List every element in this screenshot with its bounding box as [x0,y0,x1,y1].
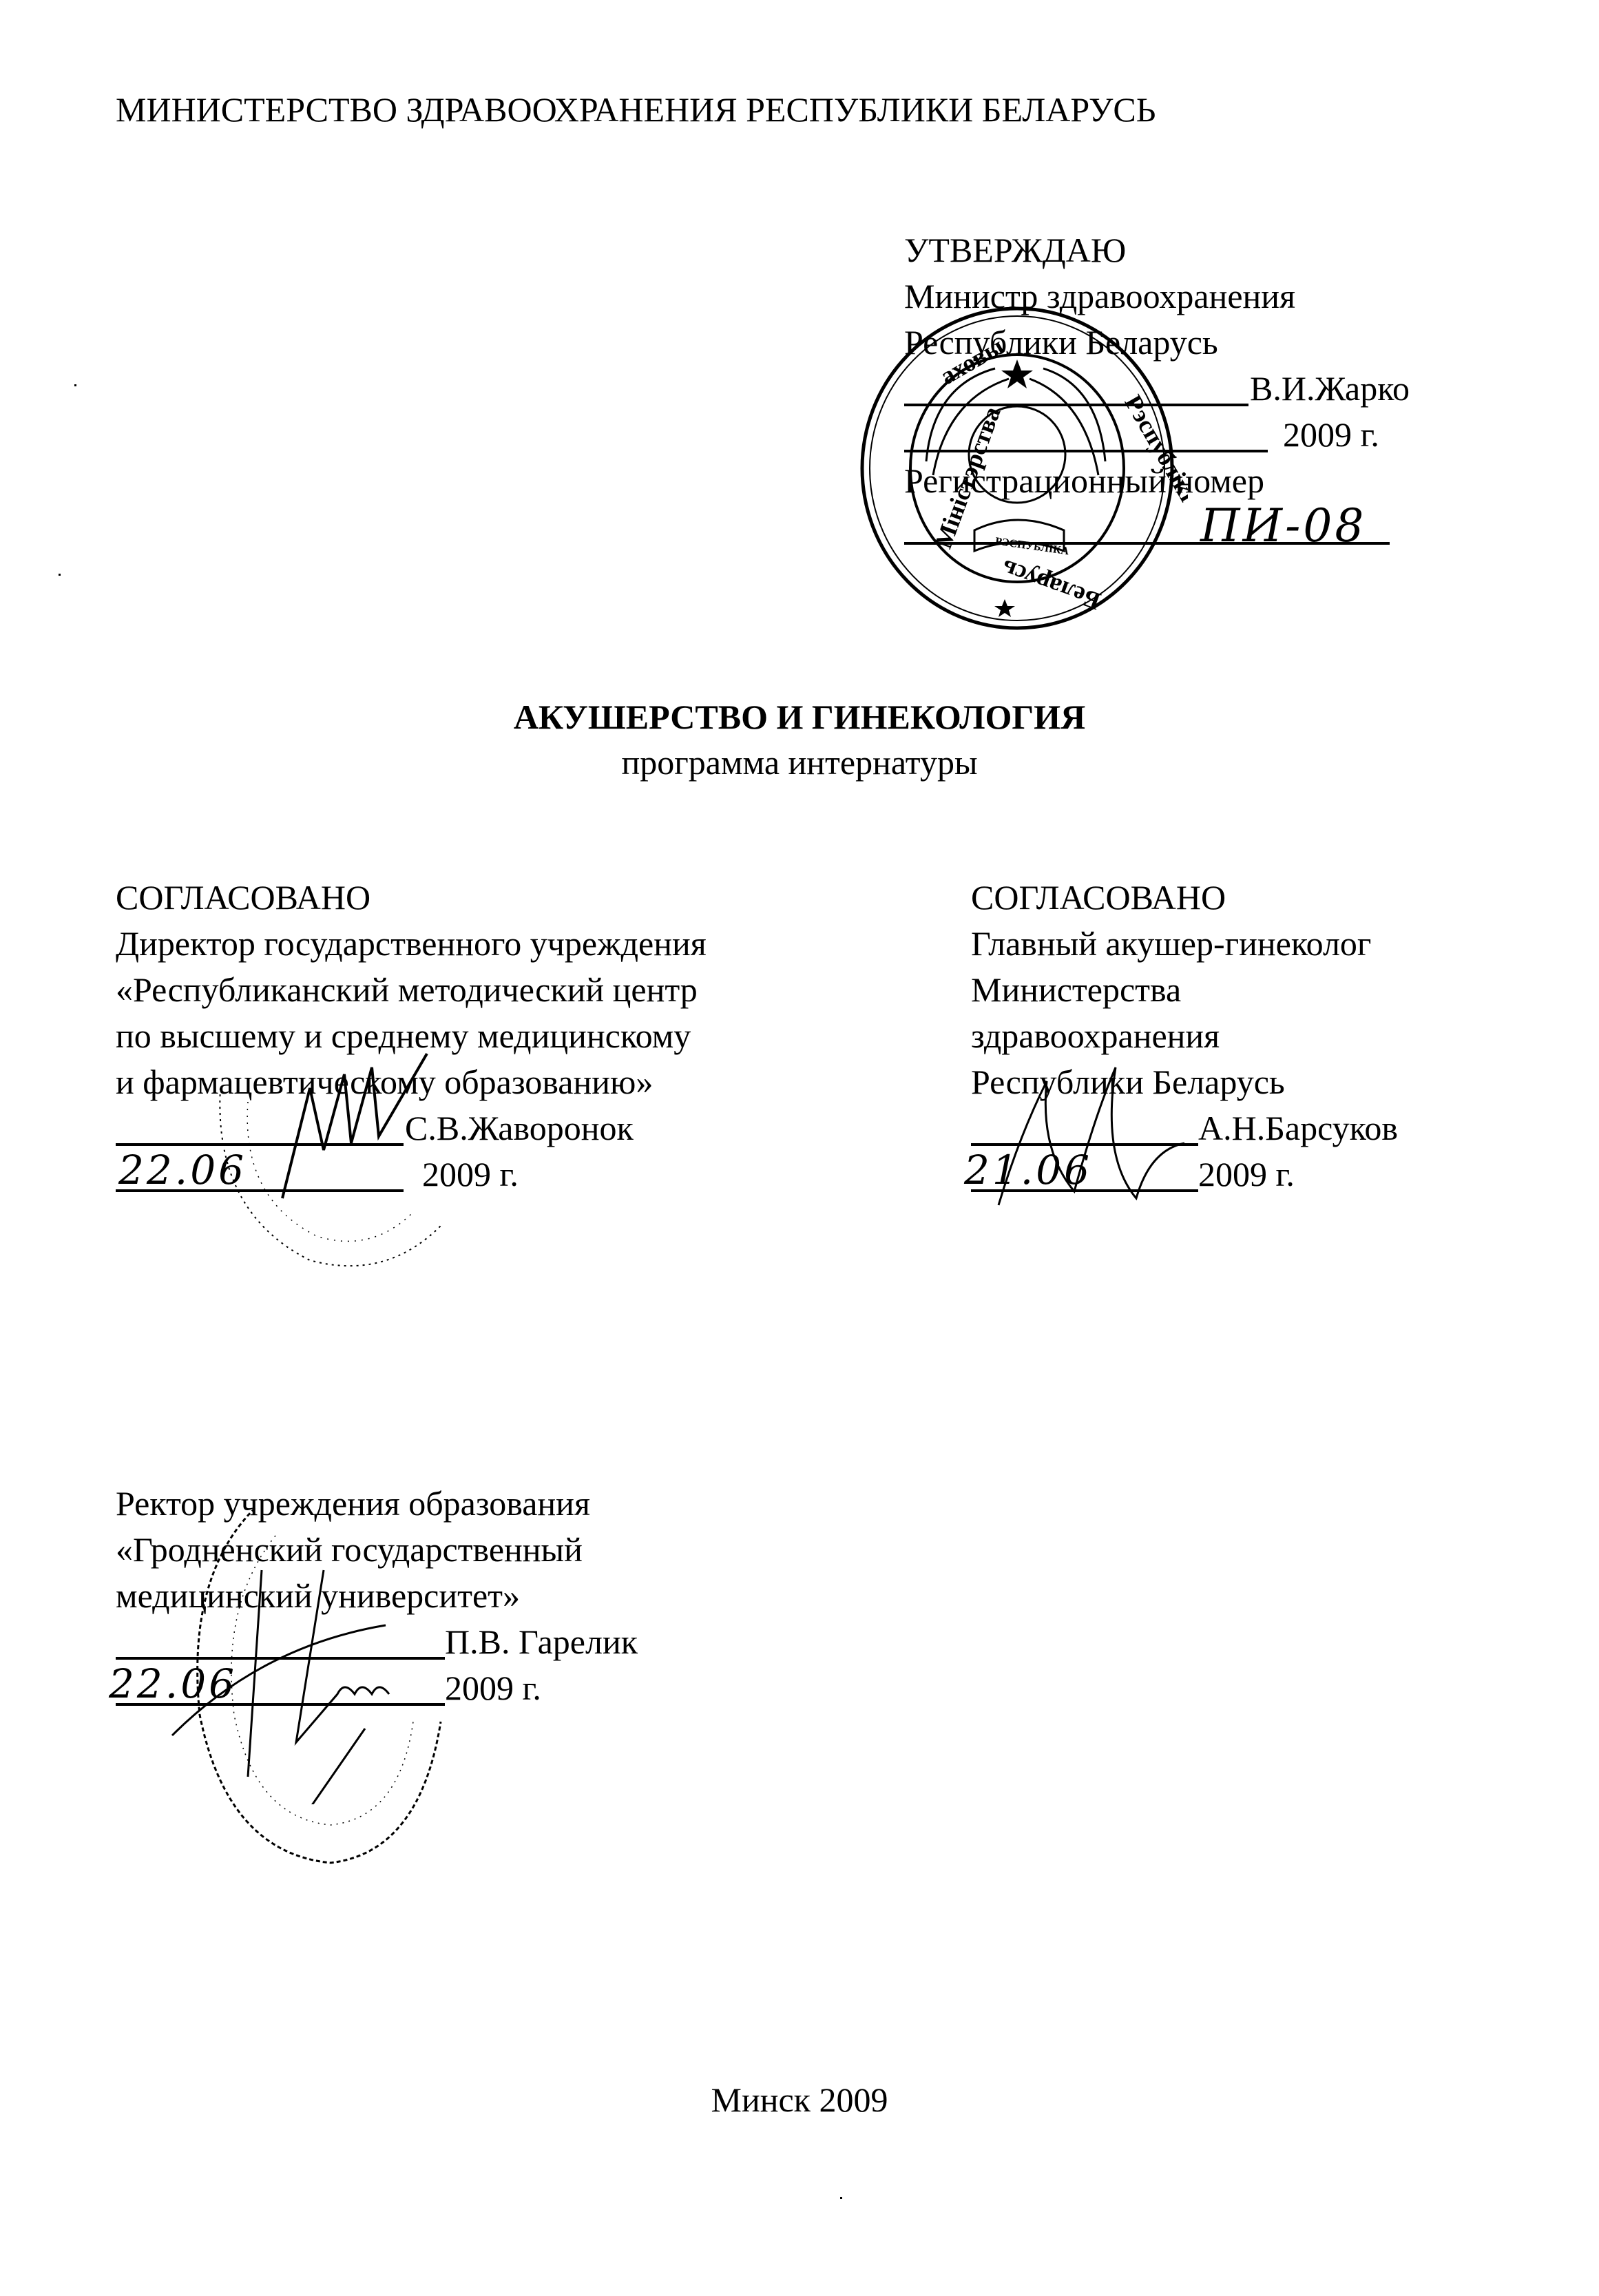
scan-speck [74,384,76,386]
registration-number-line: ПИ-08 [904,504,1295,550]
signature-rule [116,1143,404,1146]
agreed-right-block: СОГЛАСОВАНО Главный акушер-гинеколог Мин… [971,875,1371,1198]
rector-date-line: 22.06 2009 г. [116,1665,590,1711]
registration-label: Регистрационный номер [904,458,1295,504]
agreed-left-line: и фармацевтическому образованию» [116,1059,707,1105]
rector-line: «Гродненский государственный [116,1527,590,1573]
registration-number: ПИ-08 [1200,503,1366,549]
signature-rule [971,1143,1198,1146]
agreed-left-date-line: 22.06 2009 г. [116,1151,707,1198]
rector-year: 2009 г. [445,1665,541,1711]
signature-rule [116,1657,445,1660]
approval-position-line1: Министр здравоохранения [904,273,1295,320]
agreed-left-line: Директор государственного учреждения [116,921,707,967]
rector-line: медицинский университет» [116,1573,590,1619]
agreed-left-heading: СОГЛАСОВАНО [116,875,707,921]
agreed-left-line: «Республиканский методический центр [116,967,707,1013]
approval-block: УТВЕРЖДАЮ Министр здравоохранения Респуб… [904,227,1295,550]
agreed-right-line: Министерства [971,967,1371,1013]
rector-line: Ректор учреждения образования [116,1481,590,1527]
approval-heading: УТВЕРЖДАЮ [904,227,1295,273]
agreed-right-signature-line: А.Н.Барсуков [971,1105,1371,1151]
approval-signatory: В.И.Жарко [1250,366,1410,412]
title-subtitle: программа интернатуры [0,740,1599,785]
rector-signatory: П.В. Гарелик [445,1619,638,1665]
scan-speck [59,574,61,576]
agreed-left-line: по высшему и среднему медицинскому [116,1013,707,1059]
approval-position-line2: Республики Беларусь [904,320,1295,366]
agreed-left-handwritten-date: 22.06 [118,1147,247,1193]
rector-signature-line: П.В. Гарелик [116,1619,590,1665]
agreed-left-block: СОГЛАСОВАНО Директор государственного уч… [116,875,707,1198]
signature-rule [904,404,1248,406]
agreed-right-handwritten-date: 21.06 [964,1147,1092,1193]
scan-speck [840,2197,842,2199]
agreed-right-line: здравоохранения [971,1013,1371,1059]
agreed-left-signature-line: С.В.Жаворонок [116,1105,707,1151]
agreed-right-line: Республики Беларусь [971,1059,1371,1105]
date-rule [904,450,1268,452]
svg-text:Беларусь: Беларусь [998,554,1104,616]
agreed-right-date-line: 21.06 2009 г. [971,1151,1371,1198]
approval-year: 2009 г. [1283,412,1379,458]
rector-block: Ректор учреждения образования «Гродненск… [116,1481,590,1711]
document-title: АКУШЕРСТВО И ГИНЕКОЛОГИЯ программа интер… [0,694,1599,785]
ministry-header: МИНИСТЕРСТВО ЗДРАВООХРАНЕНИЯ РЕСПУБЛИКИ … [116,90,1156,129]
agreed-right-year: 2009 г. [1198,1151,1295,1198]
agreed-right-heading: СОГЛАСОВАНО [971,875,1371,921]
approval-signature-line: В.И.Жарко [904,366,1295,412]
approval-date-line: 2009 г. [904,412,1295,458]
title-main: АКУШЕРСТВО И ГИНЕКОЛОГИЯ [0,694,1599,740]
agreed-left-year: 2009 г. [422,1151,519,1198]
agreed-right-signatory: А.Н.Барсуков [1198,1105,1398,1151]
rector-handwritten-date: 22.06 [109,1661,237,1707]
agreed-right-line: Главный акушер-гинеколог [971,921,1371,967]
footer-place-year: Минск 2009 [0,2080,1599,2120]
agreed-left-signatory: С.В.Жаворонок [405,1105,634,1151]
